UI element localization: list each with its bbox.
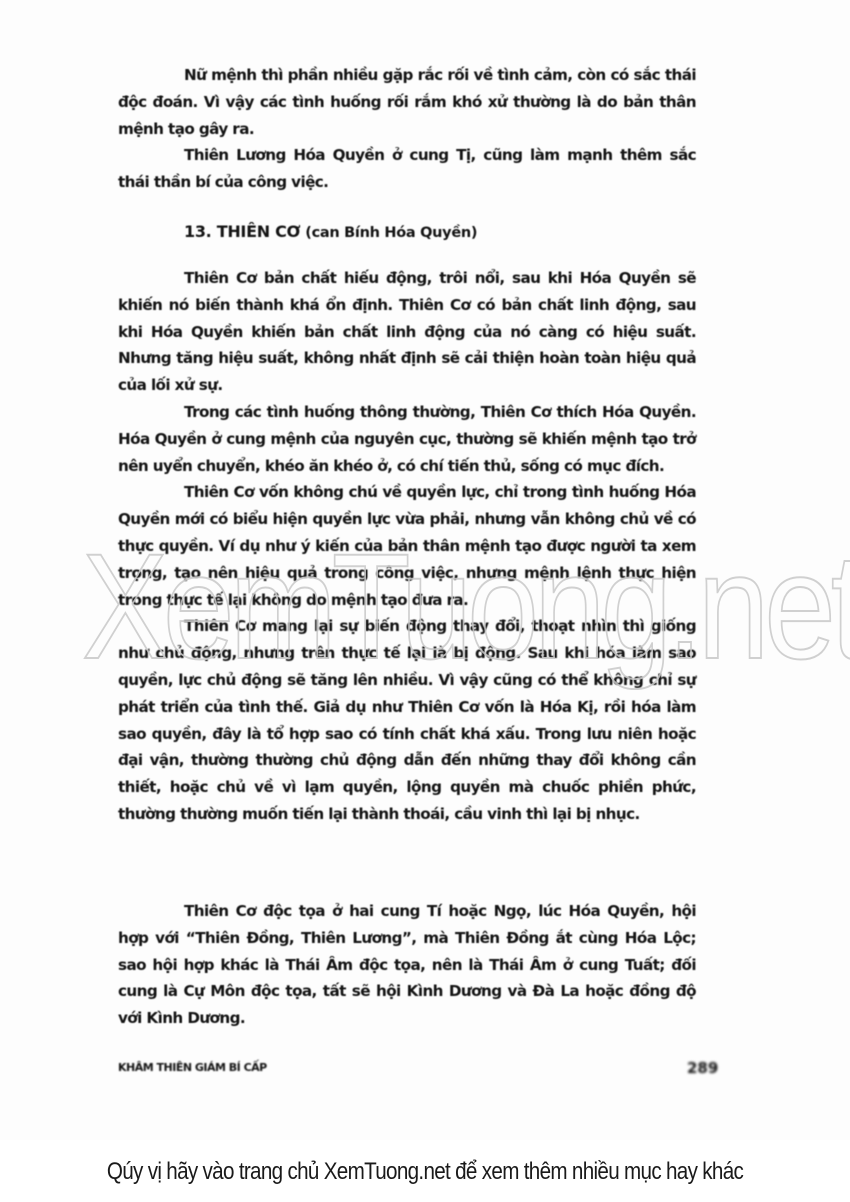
- paragraph: Thiên Cơ mang lại sự biến động thay đổi,…: [118, 613, 696, 827]
- section-heading: 13. THIÊN CƠ (can Bính Hóa Quyền): [184, 222, 477, 241]
- paragraph: Thiên Cơ độc tọa ở hai cung Tí hoặc Ngọ,…: [118, 898, 696, 1032]
- paragraph: Thiên Cơ bản chất hiếu động, trôi nổi, s…: [118, 265, 696, 399]
- section-text-block: Thiên Cơ bản chất hiếu động, trôi nổi, s…: [118, 265, 696, 828]
- running-footer-title: KHÂM THIÊN GIÁM BÍ CẤP: [118, 1061, 267, 1074]
- paragraph: Thiên Lương Hóa Quyền ở cung Tị, cũng là…: [118, 142, 696, 196]
- section-subtitle: (can Bính Hóa Quyền): [305, 225, 477, 241]
- page-number: 289: [687, 1059, 718, 1077]
- site-caption: Qúy vị hãy vào trang chủ XemTuong.net để…: [60, 1158, 791, 1186]
- paragraph: Trong các tình huống thông thường, Thiên…: [118, 399, 696, 479]
- paragraph: Thiên Cơ vốn không chú về quyền lực, chỉ…: [118, 479, 696, 613]
- section-title: 13. THIÊN CƠ: [184, 222, 300, 241]
- intro-text-block: Nữ mệnh thì phần nhiều gặp rắc rối về tì…: [118, 62, 696, 196]
- closing-text-block: Thiên Cơ độc tọa ở hai cung Tí hoặc Ngọ,…: [118, 898, 696, 1032]
- paragraph: Nữ mệnh thì phần nhiều gặp rắc rối về tì…: [118, 62, 696, 142]
- scanned-book-page: Nữ mệnh thì phần nhiều gặp rắc rối về tì…: [0, 0, 850, 1140]
